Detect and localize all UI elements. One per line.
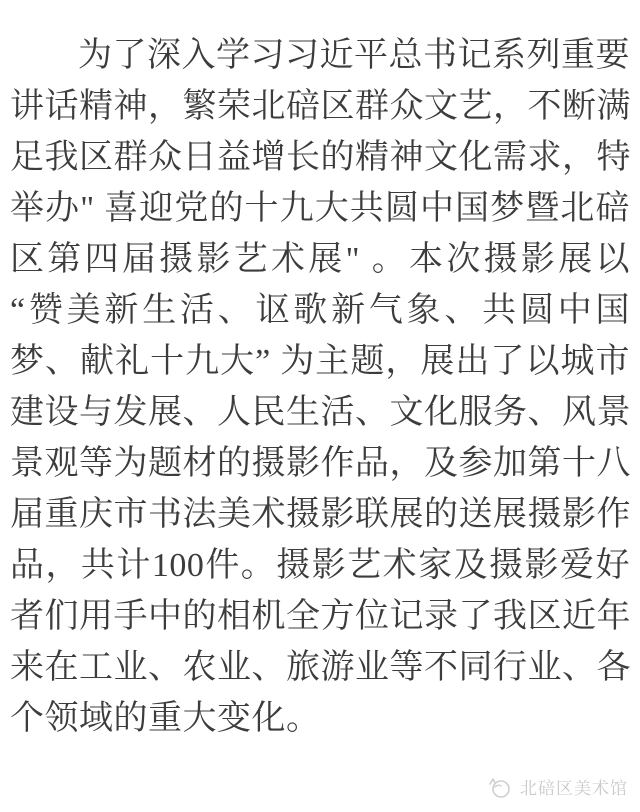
text-line: 区第四届摄影艺术展" 。本次摄影展以 bbox=[10, 234, 630, 285]
text-line: 届重庆市书法美术摄影联展的送展摄影作 bbox=[10, 489, 630, 540]
text-line: 讲话精神，繁荣北碚区群众文艺，不断满 bbox=[10, 81, 630, 132]
article-text: 为了深入学习习近平总书记系列重要讲话精神，繁荣北碚区群众文艺，不断满足我区群众日… bbox=[10, 30, 630, 744]
article-page: 为了深入学习习近平总书记系列重要讲话精神，繁荣北碚区群众文艺，不断满足我区群众日… bbox=[0, 0, 640, 812]
text-line: 者们用手中的相机全方位记录了我区近年 bbox=[10, 591, 630, 642]
text-line: “赞美新生活、讴歌新气象、共圆中国 bbox=[10, 285, 630, 336]
text-line: 个领域的重大变化。 bbox=[10, 693, 630, 744]
museum-logo-icon bbox=[487, 775, 513, 799]
text-line: 品，共计100件。摄影艺术家及摄影爱好 bbox=[10, 540, 630, 591]
text-line: 来在工业、农业、旅游业等不同行业、各 bbox=[10, 642, 630, 693]
text-line: 建设与发展、人民生活、文化服务、风景 bbox=[10, 387, 630, 438]
watermark-label: 北碚区美术馆 bbox=[520, 774, 628, 799]
text-line: 为了深入学习习近平总书记系列重要 bbox=[10, 30, 630, 81]
text-line: 景观等为题材的摄影作品，及参加第十八 bbox=[10, 438, 630, 489]
text-line: 梦、献礼十九大” 为主题，展出了以城市 bbox=[10, 336, 630, 387]
text-line: 足我区群众日益增长的精神文化需求，特 bbox=[10, 132, 630, 183]
text-line: 举办" 喜迎党的十九大共圆中国梦暨北碚 bbox=[10, 183, 630, 234]
watermark: 北碚区美术馆 bbox=[487, 774, 628, 799]
